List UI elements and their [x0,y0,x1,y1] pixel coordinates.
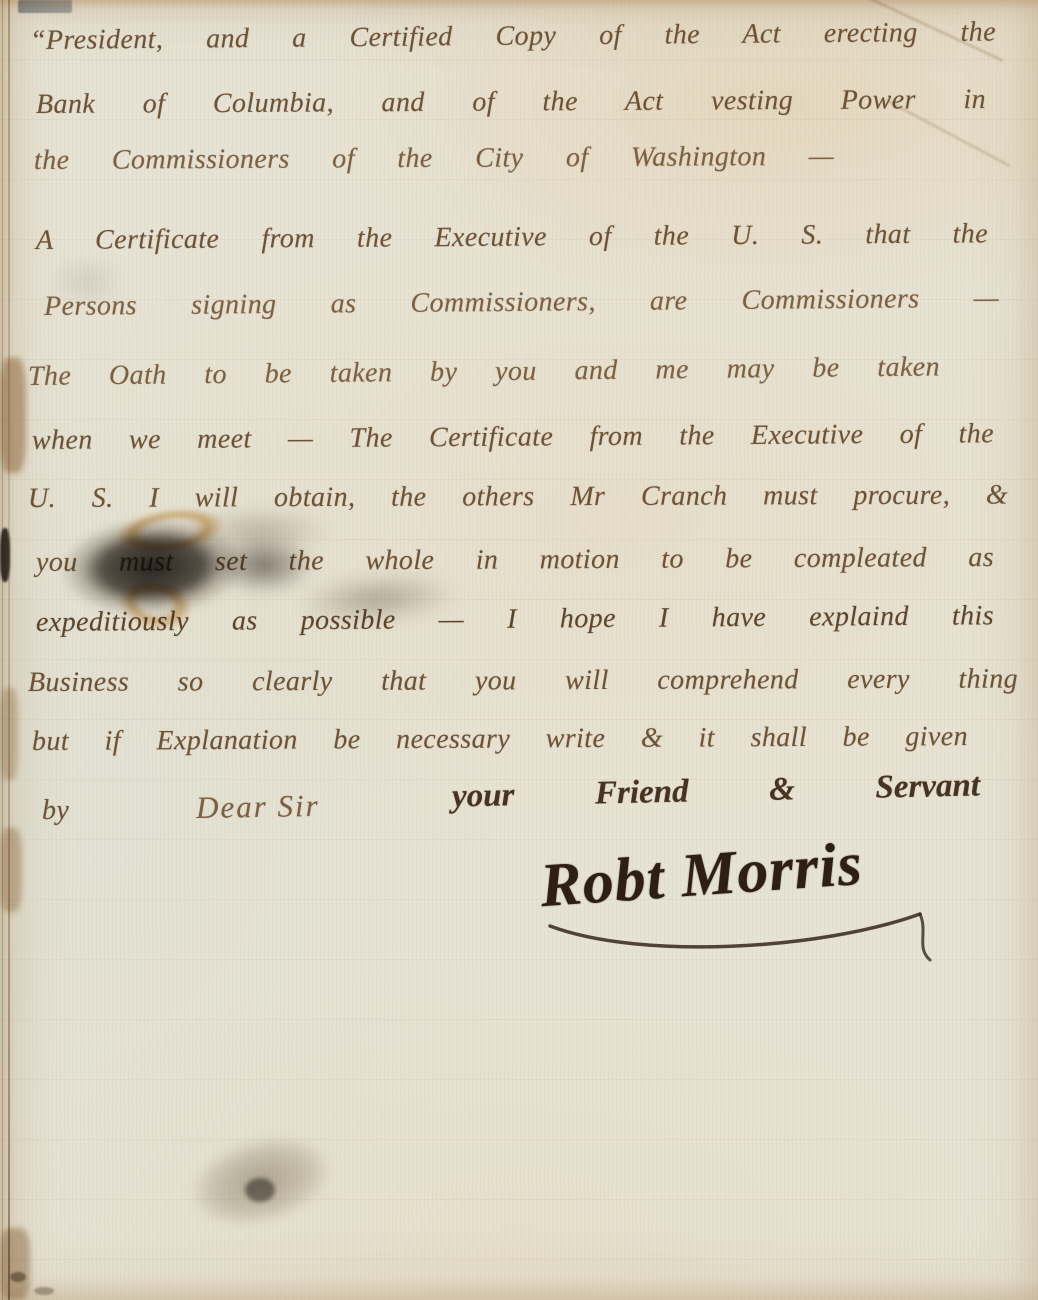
letter-line: the Commissioners of the City of Washing… [34,138,834,180]
closing-salutation: Dear Sir [196,786,432,826]
paper-fold-line [2,0,3,1300]
letter-line: when we meet — The Certificate from the … [32,415,994,460]
left-edge-stain [0,358,26,473]
letter-line: “President, and a Certified Copy of the … [30,14,996,60]
letter-line: you must set the whole in motion to be c… [36,539,994,582]
bottom-feather-stain [147,1110,360,1267]
letter-line: U. S. I will obtain, the others Mr Cranc… [28,477,1008,518]
bottom-stain-core [245,1178,275,1202]
letter-line: but if Explanation be necessary write & … [32,718,968,761]
left-edge-stain [0,688,18,780]
paper-fold-line [8,0,10,1300]
left-edge-stain [0,1228,30,1300]
letter-line: expeditiously as possible — I hope I hav… [36,597,994,641]
letter-line: Business so clearly that you will compre… [28,661,1018,702]
closing-valediction: your Friend & Servant [452,767,981,815]
ink-blot-edge-mark [0,528,10,582]
left-edge-stain [0,828,22,912]
letter-line: Bank of Columbia, and of the Act vesting… [36,81,986,124]
corner-blue-mark [18,0,72,13]
corner-spot [10,1272,26,1282]
signature-flourish-icon [520,884,980,979]
letter-line: The Oath to be taken by you and me may b… [28,348,940,395]
letter-line: Persons signing as Commissioners, are Co… [44,280,999,326]
letter-line: by [42,792,69,830]
letter-page: “President, and a Certified Copy of the … [0,0,1038,1300]
corner-spot [34,1287,54,1295]
letter-line: A Certificate from the Executive of the … [36,215,988,259]
